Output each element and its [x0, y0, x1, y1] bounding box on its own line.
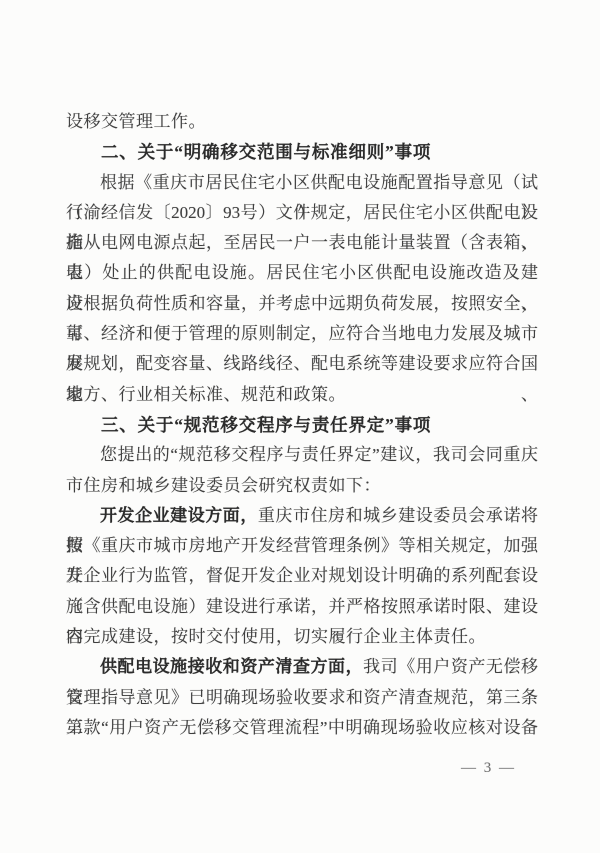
- document-page: 设移交管理工作。二、关于“明确移交范围与标准细则”事项根据《重庆市居民住宅小区供…: [0, 0, 600, 853]
- text-line: 您提出的“规范移交程序与责任界定”建议，我司会同重庆: [66, 440, 538, 470]
- text-line: 根据《重庆市居民住宅小区供配电设施配置指导意见（试行）》: [66, 168, 538, 198]
- text-line: 供配电设施接收和资产清查方面，我司《用户资产无偿移交: [66, 652, 538, 682]
- text-line: 应根据负荷性质和容量，并考虑中远期负荷发展，按照安全、可: [66, 289, 538, 319]
- section-heading: 二、关于“明确移交范围与标准细则”事项: [66, 137, 538, 167]
- text-line: 指从电网电源点起，至居民一户一表电能计量装置（含表箱、电: [66, 228, 538, 258]
- text-line: 开发企业建设方面，重庆市住房和城乡建设委员会承诺将按: [66, 501, 538, 531]
- bold-lead: 供配电设施接收和资产清查方面，: [100, 657, 363, 676]
- page-number: — 3 —: [461, 760, 516, 777]
- text-line: 市住房和城乡建设委员会研究权责如下：: [66, 471, 538, 501]
- text-line: 发企业行为监管，督促开发企业对规划设计明确的系列配套设施: [66, 561, 538, 591]
- text-line: 设移交管理工作。: [66, 107, 538, 137]
- text-line: 容完成建设，按时交付使用，切实履行企业主体责任。: [66, 622, 538, 652]
- text-line: 展规划，配变容量、线路线径、配电系统等建设要求应符合国家、: [66, 349, 538, 379]
- text-line: 照《重庆市城市房地产开发经营管理条例》等相关规定，加强开: [66, 531, 538, 561]
- text-line: 三款“用户资产无偿移交管理流程”中明确现场验收应核对设备: [66, 713, 538, 743]
- text-line: （渝经信发〔2020〕93号）文件规定，居民住宅小区供配电设施，: [66, 198, 538, 228]
- section-heading: 三、关于“规范移交程序与责任界定”事项: [66, 410, 538, 440]
- bold-lead: 开发企业建设方面，: [100, 506, 258, 525]
- text-line: 靠、经济和便于管理的原则制定，应符合当地电力发展及城市发: [66, 319, 538, 349]
- text-line: 表）处止的供配电设施。居民住宅小区供配电设施改造及建设，: [66, 258, 538, 288]
- text-line: 管理指导意见》已明确现场验收要求和资产清查规范，第三条第: [66, 683, 538, 713]
- text-line: （含供配电设施）建设进行承诺，并严格按照承诺时限、建设内: [66, 592, 538, 622]
- document-lines: 设移交管理工作。二、关于“明确移交范围与标准细则”事项根据《重庆市居民住宅小区供…: [66, 107, 538, 743]
